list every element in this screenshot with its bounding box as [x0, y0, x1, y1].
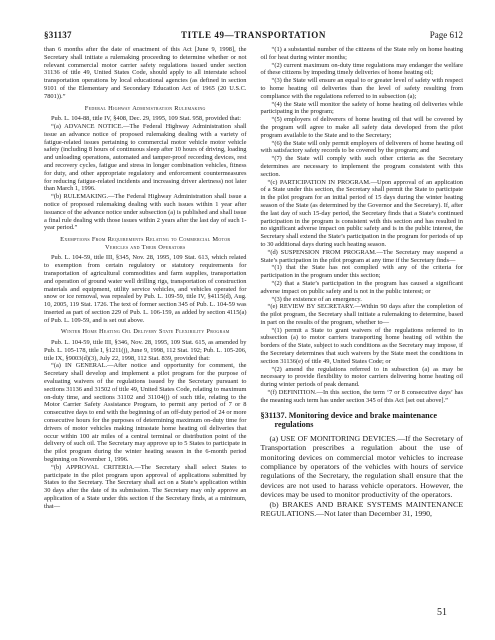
running-head: §31137 TITLE 49—TRANSPORTATION Page 612 — [44, 30, 463, 40]
note-paragraph: “(7) the State will comply with such oth… — [261, 155, 464, 178]
note-paragraph: “(a) ADVANCE NOTICE.—The Federal Highway… — [44, 123, 247, 193]
note-heading: Federal Highway Administration Rulemakin… — [52, 105, 239, 113]
right-column: “(1) a substantial number of the citizen… — [261, 46, 464, 596]
note-paragraph: “(2) current maximum on-duty time regula… — [261, 62, 464, 78]
note-paragraph: Pub. L. 104-59, title III, §346, Nov. 28… — [44, 339, 247, 362]
section-heading: §31137. Monitoring device and brake main… — [261, 411, 464, 430]
note-heading: Exemptions From Requirements Relating to… — [52, 236, 239, 251]
note-paragraph: “(3) the State will ensure an equal to o… — [261, 77, 464, 100]
note-paragraph: “(6) the State will only permit employer… — [261, 140, 464, 156]
note-paragraph: “(1) permit a State to grant waivers of … — [261, 327, 464, 366]
note-paragraph: Pub. L. 104-59, title III, §345, Nov. 28… — [44, 254, 247, 324]
note-paragraph: “(3) the existence of an emergency. — [261, 296, 464, 304]
note-paragraph: “(f) DEFINITION.—In this section, the te… — [261, 389, 464, 405]
note-paragraph: “(a) IN GENERAL.—After notice and opport… — [44, 362, 247, 463]
header-title: TITLE 49—TRANSPORTATION — [44, 30, 463, 40]
statute-paragraph: (b) BRAKES AND BRAKE SYSTEMS MAINTENANCE… — [261, 500, 464, 519]
note-paragraph: “(b) APPROVAL CRITERIA.—The Secretary sh… — [44, 464, 247, 511]
note-paragraph: “(b) RULEMAKING.—The Federal Highway Adm… — [44, 193, 247, 232]
note-paragraph: Pub. L. 104-88, title IV, §408, Dec. 29,… — [44, 115, 247, 123]
note-paragraph: “(2) that a State’s participation in the… — [261, 280, 464, 296]
two-column-text: than 6 months after the date of enactmen… — [44, 46, 463, 596]
note-paragraph: than 6 months after the date of enactmen… — [44, 46, 247, 101]
note-heading: Winter Home Heating Oil Delivery State F… — [52, 328, 239, 336]
note-paragraph: “(e) REVIEW BY SECRETARY.—Within 90 days… — [261, 303, 464, 326]
note-paragraph: “(1) that the State has not complied wit… — [261, 264, 464, 280]
note-paragraph: “(1) a substantial number of the citizen… — [261, 46, 464, 62]
folio-page-number: 51 — [437, 607, 447, 618]
statute-paragraph: (a) USE OF MONITORING DEVICES.—If the Se… — [261, 434, 464, 500]
document-page: §31137 TITLE 49—TRANSPORTATION Page 612 … — [0, 0, 495, 640]
note-paragraph: “(d) SUSPENSION FROM PROGRAM.—The Secret… — [261, 249, 464, 265]
note-paragraph: “(4) the State will monitor the safety o… — [261, 101, 464, 117]
note-paragraph: “(5) employers of deliverers of home hea… — [261, 116, 464, 139]
note-paragraph: “(c) PARTICIPATION IN PROGRAM.—Upon appr… — [261, 179, 464, 249]
note-paragraph: “(2) amend the regulations referred to i… — [261, 366, 464, 389]
left-column: than 6 months after the date of enactmen… — [44, 46, 247, 596]
